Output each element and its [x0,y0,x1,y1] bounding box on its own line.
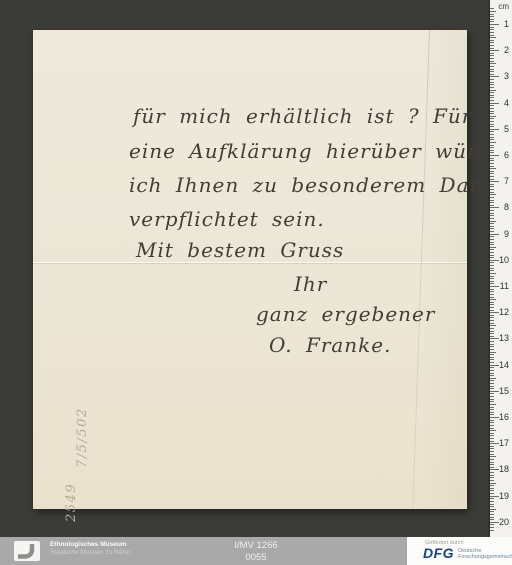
ruler-tick [490,270,494,271]
ruler-tick [490,464,494,465]
ruler-tick [490,79,494,80]
ruler-tick [490,477,494,478]
ruler-number: 16 [499,412,509,422]
ruler-tick [490,278,494,279]
ruler-tick [490,158,494,159]
ruler-tick [490,247,496,248]
ruler-tick [490,359,494,360]
ruler-tick [490,142,496,143]
ruler-tick [490,213,494,214]
ruler-tick [490,108,494,109]
ruler-tick [490,496,499,497]
ruler-tick [490,116,496,117]
ruler-tick [490,333,494,334]
ruler-tick [490,399,494,400]
ruler-tick [490,352,496,353]
ruler-tick [490,61,494,62]
ruler-tick [490,76,499,77]
handwritten-line: verpflichtet sein. [129,207,325,231]
scan-page: für mich erhältlich ist ? Füreine Aufklä… [0,0,512,565]
ruler-tick [490,378,496,379]
handwritten-line: Ihr [294,272,327,296]
ruler-tick [490,84,494,85]
museum-name: Ethnologisches Museum [50,541,131,549]
ruler-tick [490,299,496,300]
ruler-tick [490,407,494,408]
ruler-tick [490,391,499,392]
ruler-tick [490,155,499,156]
ruler-tick [490,87,494,88]
ruler-number: 18 [499,464,509,474]
ruler-tick [490,69,494,70]
ruler-tick [490,519,494,520]
ruler-tick [490,90,496,91]
ruler-tick [490,509,496,510]
ruler-tick [490,260,499,261]
ruler-number: 8 [504,202,509,212]
ruler-number: 9 [504,229,509,239]
ruler-tick [490,234,499,235]
ruler-tick [490,438,494,439]
ruler-tick [490,200,494,201]
ruler-tick [490,346,494,347]
paper-edge-shade [421,30,467,509]
ruler-tick [490,37,496,38]
ruler-tick [490,383,494,384]
ruler-tick [490,357,494,358]
ruler-tick [490,223,494,224]
ruler-tick [490,249,494,250]
ruler-tick [490,401,494,402]
handwritten-line: ganz ergebener [256,302,435,326]
ruler-tick [490,307,494,308]
ruler-tick [490,11,496,12]
ruler-tick [490,95,494,96]
ruler-tick [490,184,494,185]
ruler-tick [490,412,494,413]
ruler-tick [490,323,494,324]
ruler-tick [490,428,494,429]
ruler-tick [490,328,494,329]
ruler-number: 13 [499,333,509,343]
ruler-tick [490,210,494,211]
ruler-tick [490,53,494,54]
ruler-number: 3 [504,71,509,81]
ruler-tick [490,32,494,33]
ruler-tick [490,166,494,167]
ruler-tick [490,66,494,67]
ruler-tick [490,111,494,112]
ruler-tick [490,527,494,528]
ruler-tick [490,448,494,449]
ruler-tick [490,97,494,98]
ruler-tick [490,297,494,298]
ruler-tick [490,433,494,434]
ruler-tick [490,320,494,321]
ruler-tick [490,19,494,20]
ruler-number: 6 [504,150,509,160]
ruler-tick [490,202,494,203]
ruler-tick [490,404,496,405]
ruler-tick [490,511,494,512]
ruler: cm 1234567891011121314151617181920 [490,0,512,537]
ruler-tick [490,459,494,460]
ruler-tick [490,441,494,442]
ruler-tick [490,485,494,486]
ruler-tick [490,236,494,237]
ruler-tick [490,27,494,28]
ruler-tick [490,50,499,51]
ruler-tick [490,325,496,326]
ruler-tick [490,35,494,36]
ruler-tick [490,218,494,219]
ruler-number: 1 [504,19,509,29]
ruler-tick [490,113,494,114]
ruler-tick [490,393,494,394]
ruler-tick [490,173,494,174]
ruler-tick [490,176,494,177]
ruler-tick [490,186,494,187]
ruler-tick [490,45,494,46]
ruler-tick [490,215,494,216]
ruler-tick [490,409,494,410]
ruler-tick [490,276,494,277]
ruler-tick [490,488,494,489]
ruler-tick [490,367,494,368]
ruler-number: 20 [499,517,509,527]
ruler-tick [490,281,494,282]
ruler-tick [490,522,499,523]
ruler-tick [490,82,494,83]
ruler-tick [490,420,494,421]
ruler-tick [490,21,494,22]
ruler-tick [490,103,499,104]
ruler-tick [490,181,499,182]
ruler-tick [490,312,499,313]
ruler-tick [490,294,494,295]
ruler-tick [490,490,494,491]
inventory-number: I/MV 1266 [234,540,277,552]
museum-logo [14,541,40,561]
ruler-tick [490,289,494,290]
ruler-tick [490,189,494,190]
ruler-tick [490,493,494,494]
museum-org: Staatliche Museen zu Berlin [50,549,131,557]
ruler-tick [490,483,496,484]
ruler-tick [490,205,494,206]
ruler-tick [490,498,494,499]
ruler-tick [490,456,496,457]
ruler-tick [490,273,496,274]
ruler-tick [490,462,494,463]
ruler-number: 11 [500,281,509,291]
ruler-tick [490,475,494,476]
ruler-tick [490,16,494,17]
ruler-tick [490,344,494,345]
ruler-tick [490,42,494,43]
handwritten-line: Mit bestem Gruss [136,238,344,262]
ruler-tick [490,370,494,371]
ruler-tick [490,396,494,397]
ruler-unit-label: cm [498,2,509,11]
ruler-tick [490,145,494,146]
ruler-tick [490,317,494,318]
ruler-tick [490,24,499,25]
ruler-tick [490,467,494,468]
ruler-number: 7 [504,176,509,186]
dfg-org-name: Deutsche Forschungsgemeinschaft [458,548,512,560]
ruler-number: 17 [499,438,509,448]
ruler-tick [490,150,494,151]
ruler-tick [490,244,494,245]
ruler-tick [490,480,494,481]
ruler-tick [490,105,494,106]
handwritten-line: O. Franke. [269,333,392,357]
ruler-tick [490,74,494,75]
ruler-tick [490,226,494,227]
ruler-tick [490,262,494,263]
ruler-number: 15 [499,386,509,396]
ruler-number: 4 [504,98,509,108]
ruler-tick [490,286,499,287]
ruler-tick [490,152,494,153]
ruler-tick [490,239,494,240]
ruler-tick [490,443,499,444]
ruler-tick [490,137,494,138]
ruler-tick [490,414,494,415]
ruler-tick [490,315,494,316]
ruler-tick [490,147,494,148]
ruler-tick [490,207,499,208]
ruler-tick [490,504,494,505]
ruler-tick [490,283,494,284]
ruler-tick [490,451,494,452]
handwritten-line: eine Aufklärung hierüber würde [129,139,504,163]
ruler-tick [490,430,496,431]
pencil-note-bottom: 2549 [64,483,79,522]
dfg-org-line2: Forschungsgemeinschaft [458,554,512,560]
letter-paper: für mich erhältlich ist ? Füreine Aufklä… [33,30,467,509]
ruler-tick [490,171,494,172]
ruler-tick [490,179,494,180]
ruler-tick [490,197,494,198]
ruler-tick [490,388,494,389]
ruler-tick [490,131,494,132]
ruler-tick [490,228,494,229]
ruler-tick [490,354,494,355]
ruler-tick [490,100,494,101]
ruler-tick [490,336,494,337]
handwritten-line: ich Ihnen zu besonderem Danke [129,173,509,197]
ruler-tick [490,221,496,222]
ruler-tick [490,469,499,470]
ruler-tick [490,134,494,135]
ruler-tick [490,365,499,366]
handwritten-line: für mich erhältlich ist ? Für [133,104,472,128]
ruler-tick [490,121,494,122]
ruler-tick [490,291,494,292]
ruler-tick [490,14,494,15]
ruler-tick [490,425,494,426]
ruler-tick [490,310,494,311]
ruler-tick [490,58,494,59]
ruler-tick [490,304,494,305]
ruler-tick [490,302,494,303]
ruler-tick [490,435,494,436]
ruler-tick [490,501,494,502]
ruler-tick [490,268,494,269]
ruler-tick [490,257,494,258]
ruler-tick [490,331,494,332]
ruler-tick [490,160,494,161]
ruler-tick [490,472,494,473]
ruler-number: 5 [504,124,509,134]
ruler-number: 14 [499,360,509,370]
ruler-tick [490,55,494,56]
ruler-tick [490,129,499,130]
funder-box: Gefördert durch DFG Deutsche Forschungsg… [407,537,512,565]
ruler-tick [490,530,494,531]
dfg-row: DFG Deutsche Forschungsgemeinschaft [423,546,512,560]
ruler-tick [490,375,494,376]
ruler-tick [490,48,494,49]
page-number: 0055 [234,552,277,564]
ruler-tick [490,252,494,253]
ruler-number: 19 [499,491,509,501]
ruler-tick [490,514,494,515]
pencil-note-top: 7/5/502 [75,407,90,468]
ruler-tick [490,92,494,93]
ruler-tick [490,8,494,9]
ruler-tick [490,168,496,169]
ruler-tick [490,506,494,507]
ruler-tick [490,362,494,363]
fold-crease-horizontal [33,262,467,265]
dfg-logo: DFG [423,546,454,560]
ruler-tick [490,192,494,193]
ruler-tick [490,517,494,518]
ruler-tick [490,29,494,30]
reference-block: I/MV 1266 0055 [234,540,277,564]
museum-text-block: Ethnologisches Museum Staatliche Museen … [50,541,131,557]
ruler-tick [490,242,494,243]
ruler-tick [490,373,494,374]
ruler-tick [490,255,494,256]
ruler-tick [490,524,494,525]
ruler-number: 2 [504,45,509,55]
ruler-tick [490,265,494,266]
ruler-tick [490,71,494,72]
ruler-tick [490,417,499,418]
ruler-tick [490,163,494,164]
ruler-tick [490,139,494,140]
museum-logo-icon [14,541,40,561]
ruler-tick [490,349,494,350]
ruler-tick [490,380,494,381]
ruler-tick [490,63,496,64]
ruler-tick [490,341,494,342]
ruler-tick [490,126,494,127]
ruler-tick [490,454,494,455]
ruler-tick [490,422,494,423]
ruler-number: 10 [499,255,509,265]
ruler-tick [490,124,494,125]
ruler-number: 12 [499,307,509,317]
ruler-tick [490,446,494,447]
ruler-tick [490,338,499,339]
ruler-tick [490,40,494,41]
ruler-tick [490,386,494,387]
ruler-tick [490,118,494,119]
ruler-tick [490,231,494,232]
ruler-tick [490,194,496,195]
